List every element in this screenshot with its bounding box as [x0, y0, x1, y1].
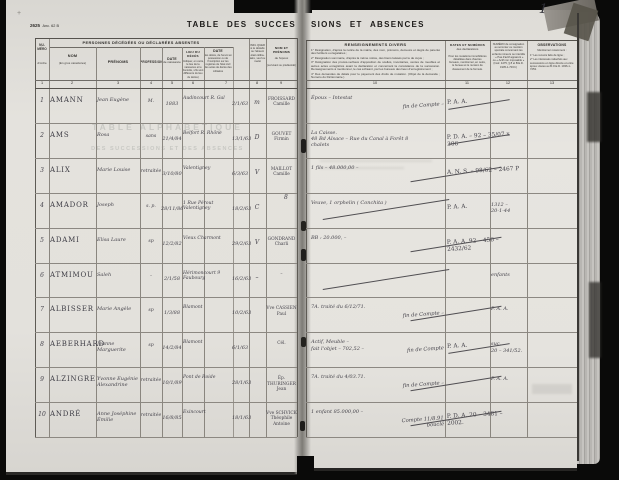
binding-stitch: [300, 421, 305, 431]
cell-etat-civil: V: [249, 169, 265, 176]
header-deces: DATE des décès, de l'envoi en possession…: [204, 49, 232, 73]
hw-line: –: [266, 272, 297, 277]
cell-numero-ordre: 10: [35, 411, 49, 418]
form-number: 2625: [30, 23, 40, 28]
header-section-personnes: PERSONNES DÉCÉDÉES OU DÉCLARÉES ABSENTES: [49, 40, 233, 45]
section-underline: [49, 47, 233, 48]
grid-line-h: [306, 123, 577, 124]
cell-date-deces: 6/3/63: [232, 171, 250, 177]
cell-etat-civil: m: [249, 99, 265, 106]
pencil-cross-mark: +: [17, 10, 21, 17]
cell-prenoms: Yvonne Eugénie Alexandrine: [97, 376, 138, 388]
cell-etat-civil: –: [249, 274, 265, 281]
hw-line: Théophile Antoine: [266, 416, 297, 427]
cell-profession: sp: [140, 308, 162, 313]
cell-date-naissance: 1883: [161, 101, 183, 107]
cell-date-naissance: 16/8/85: [161, 415, 183, 421]
cell-renseignements: La Caisse.48 Bd Alsace – Rue du Canal à …: [311, 130, 423, 149]
cell-date-naissance: 12/2/82: [161, 241, 183, 247]
header-naissance-sub: de naissance: [162, 61, 182, 65]
form-code: 2625 Anc. 62 B: [30, 23, 59, 28]
header-nom-sub: (En gros caractères): [49, 62, 96, 66]
cell-profession: retraitée: [140, 378, 162, 383]
cell-prenoms: Joseph: [97, 202, 138, 208]
column-number: 7: [221, 81, 231, 85]
grid-line-h: [35, 402, 297, 403]
cell-date-naissance: 10/1/89: [161, 380, 183, 386]
grid-line-h: [35, 123, 297, 124]
header-indiquer: INDI- QUER si le décédé ou l'absent étai…: [249, 44, 266, 63]
header-lieu-sub: (Indiquer, en outre, le lieu de la naiss…: [182, 60, 204, 79]
header-naissance: DATE de naissance: [162, 57, 182, 65]
grid-line-h: [306, 437, 577, 438]
cell-prenoms: Elisa Laure: [97, 237, 138, 243]
renseignements-item: 1° Désignation, d'après la notice de la …: [311, 49, 440, 56]
hw-line: 1 fils – 48.000,00 –: [311, 165, 423, 171]
cell-date-deces: 28/1/63: [232, 380, 250, 386]
cell-lieu-deces: Vieux Charmont: [183, 236, 232, 242]
page-block-edge: [577, 12, 600, 464]
observations-item: 1° Les renvois faits de ligne ;: [530, 54, 574, 57]
grid-line-h: [35, 88, 297, 89]
cell-date-naissance: 2/1/58: [161, 276, 183, 282]
cell-lieu-deces: Hérimoncourt 9 Faubourg: [183, 271, 232, 282]
cell-renseignements: 7A. traité du 4/03.71.: [311, 374, 423, 380]
hw-line: Firmin: [266, 137, 297, 142]
hw-line: 7A. traité du 4/03.71.: [311, 374, 423, 380]
header-observations-note: Mentionner notamment :: [527, 49, 577, 52]
header-numero: NU- MÉRO d'ordre: [35, 44, 49, 65]
header-epoux: NOM ET PRÉNOMS de l'époux (survivant ou …: [266, 46, 297, 67]
cell-date-deces: 18/2/63: [232, 206, 250, 212]
cell-prenoms: Jean Eugène: [97, 97, 138, 103]
column-number: 12: [502, 81, 514, 85]
cell-date-deces: 10/2/63: [232, 310, 250, 316]
column-number: 11: [461, 81, 473, 85]
cell-nom: ALZINGRE: [50, 375, 96, 383]
cell-epoux: Vve SCHVICKThéophile Antoine: [266, 411, 297, 427]
grid-line-h: [306, 88, 577, 89]
cell-prenoms: Marie Louise: [97, 167, 138, 173]
cell-date-deces: 18/1/63: [232, 415, 250, 421]
hw-line: 48 Bd Alsace – Rue du Canal à Forêt 8 ch…: [311, 136, 423, 149]
cell-lieu-deces: Blamont: [183, 340, 232, 346]
column-number: 1: [37, 81, 47, 85]
hw-line: 20-1-44: [491, 208, 527, 215]
cell-epoux: FROISSARDCamille: [266, 97, 297, 108]
grid-line-h: [35, 263, 297, 264]
cell-nom: ADAMI: [50, 236, 96, 244]
cell-profession: retraitée: [140, 169, 162, 174]
renseignements-item: 4° Des demandes de délais pour le payeme…: [311, 73, 440, 80]
header-numero-consignation: NUMÉRO de consignation au sommier ou men…: [490, 43, 527, 69]
cell-nom: AEBERHARD: [50, 340, 96, 348]
cell-prenoms: Anne Joséphine Émilie: [97, 411, 138, 423]
grid-line-h: [306, 40, 577, 41]
grid-line-h: [306, 158, 577, 159]
grid-line-v: [527, 40, 528, 437]
column-number: 8: [252, 81, 262, 85]
page-title-left: TABLE DES SUCCES: [180, 20, 296, 32]
hw-line: Charli: [266, 242, 297, 247]
header-renseignements: RENSEIGNEMENTS DIVERS 1° Désignation, d'…: [306, 42, 445, 80]
header-deces-title: DATE: [204, 49, 232, 53]
hw-line: 7A. traité du 6/12/71.: [311, 304, 423, 310]
grid-line-h: [35, 332, 297, 333]
cell-consignation: enfants: [491, 272, 527, 279]
grid-line-v: [249, 38, 250, 437]
cell-epoux: MAILLOTCamille: [266, 167, 297, 178]
grid-line-h: [35, 193, 297, 194]
cell-numero-ordre: 7: [35, 306, 49, 313]
cell-lieu-deces: Exincourt: [183, 410, 232, 416]
grid-line-h: [306, 367, 577, 368]
grid-line-h: [306, 297, 577, 298]
bleed-through-subtitle: DES SUCCESSIONS ET DES ABSENCES: [70, 146, 265, 152]
hw-line: BB : 20.000, –: [311, 235, 423, 241]
grid-line-h: [35, 437, 297, 438]
hw-line: Camille: [266, 102, 297, 107]
cell-numero-ordre: 5: [35, 237, 49, 244]
hw-line: 1 enfant 85.000,00 –: [311, 409, 423, 415]
cell-profession: s. p.: [140, 204, 162, 209]
grid-line-h: [306, 402, 577, 403]
cell-etat-civil: V: [249, 239, 265, 246]
cell-prenoms: Saleh: [97, 272, 138, 278]
hw-line: Camille: [266, 172, 297, 177]
header-nom-title: NOM: [49, 54, 96, 58]
grid-line-h: [35, 38, 297, 39]
grid-line-v: [445, 40, 446, 437]
cell-consignation: 1312 –20-1-44: [491, 202, 527, 215]
cell-epoux: Ép. THURINGER Jean: [266, 376, 297, 392]
cell-date-naissance: 28/11/86: [161, 206, 183, 212]
header-dates-note: Pour les mutations immobilières détaillé…: [448, 55, 487, 71]
cell-nom: ALBISSER: [50, 305, 96, 313]
cell-renseignements: BB : 20.000, –: [311, 235, 423, 241]
cell-prenoms: Jeanne Marguerite: [97, 341, 138, 353]
header-lieu-title: LIEU DU DÉCÈS: [182, 50, 204, 58]
header-renseignements-title: RENSEIGNEMENTS DIVERS: [306, 42, 445, 47]
column-number: 3: [113, 81, 123, 85]
cell-date-deces: 16/2/63: [232, 276, 250, 282]
header-numero-sub: d'ordre: [35, 62, 49, 66]
cell-renseignements: 1 enfant 85.000,00 –: [311, 409, 423, 415]
cell-lieu-deces: Pont de Roide: [183, 375, 232, 381]
cell-date-deces: 6/1/63: [232, 345, 250, 351]
grid-line-h: [306, 193, 577, 194]
cell-nom: ALIX: [50, 166, 96, 174]
hw-line: enfants: [491, 272, 527, 279]
header-lieu: LIEU DU DÉCÈS (Indiquer, en outre, le li…: [182, 50, 204, 79]
grid-line-v: [306, 40, 307, 437]
grid-line-h: [35, 297, 297, 298]
header-prenoms: PRÉNOMS: [96, 60, 140, 64]
cell-nom: ANDRÉ: [50, 410, 96, 418]
bleed-smudge: [532, 384, 572, 394]
header-dates-sub: des déclarations: [445, 48, 490, 52]
cell-lieu-deces: Blamont: [183, 305, 232, 311]
cell-epoux: GONDRANDCharli: [266, 237, 297, 248]
column-number: 2: [67, 81, 77, 85]
hw-line: Cél.: [266, 341, 297, 346]
hw-line: Ép. THURINGER Jean: [266, 376, 297, 392]
grid-line-h: [306, 332, 577, 333]
cell-profession: retraitée: [140, 413, 162, 418]
page-number: 1: [538, 2, 548, 18]
cell-renseignements: 7A. traité du 6/12/71.: [311, 304, 423, 310]
cell-lieu-deces: Audincourt R. Gal: [183, 96, 232, 102]
cell-numero-ordre: 6: [35, 272, 49, 279]
cell-profession: sp: [140, 239, 162, 244]
cell-epoux: Vve CASSIEN Paul: [266, 306, 297, 317]
cell-profession: sans: [140, 134, 162, 139]
cell-lieu-deces: Valentigney: [183, 166, 232, 172]
edge-stain: [587, 92, 601, 142]
cell-epoux-mark: 8: [284, 194, 288, 201]
grid-line-h: [35, 228, 297, 229]
grid-line-h: [306, 80, 577, 81]
cell-nom: ATMIMOU: [50, 271, 96, 279]
cell-lieu-deces: 1 Rue Pérout Valentigney: [183, 201, 232, 212]
cell-profession: –: [140, 274, 162, 279]
header-epoux-sub1: de l'époux: [266, 57, 297, 61]
header-observations-title: OBSERVATIONS: [527, 43, 577, 47]
cell-nom: AMANN: [50, 96, 96, 104]
cell-epoux: –: [266, 272, 297, 277]
cell-date-naissance: 1/3/88: [161, 310, 183, 316]
cell-date-deces: 29/2/63: [232, 241, 250, 247]
cell-prenoms: Rosa: [97, 132, 138, 138]
header-numero-title: NU- MÉRO: [35, 44, 49, 52]
header-profession: PROFESSION: [140, 60, 162, 64]
cell-date-naissance: 21/4/84: [161, 136, 183, 142]
cell-numero-ordre: 8: [35, 341, 49, 348]
cell-epoux: Cél.: [266, 341, 297, 346]
cell-date-naissance: 3/10/80: [161, 171, 183, 177]
column-number: 10: [369, 81, 381, 85]
grid-line-h: [306, 263, 577, 264]
cell-prenoms: Marie Angèle: [97, 306, 138, 312]
observations-item: 2° Les intéressés rattachés aux successi…: [530, 58, 574, 71]
form-ref: Anc. 62 B: [43, 24, 59, 28]
cell-numero-ordre: 4: [35, 202, 49, 209]
cell-etat-civil: C: [249, 204, 265, 211]
header-dates-numeros: DATES ET NUMÉROS des déclarations Pour l…: [445, 43, 490, 71]
cell-numero-ordre: 2: [35, 132, 49, 139]
header-epoux-sub2: (survivant ou prédécédé): [266, 64, 297, 67]
hw-line: Vve CASSIEN Paul: [266, 306, 297, 317]
cell-profession: sp: [140, 343, 162, 348]
gutter-bottom-notch: [297, 456, 314, 480]
cell-date-deces: 13/1/63: [232, 136, 250, 142]
cell-nom: AMS: [50, 131, 96, 139]
cell-numero-ordre: 1: [35, 97, 49, 104]
column-number: 5: [167, 81, 177, 85]
bleed-smudge: [320, 160, 432, 162]
grid-line-v: [297, 38, 298, 437]
grid-line-h: [306, 228, 577, 229]
cell-etat-civil: D: [249, 134, 265, 141]
header-nom: NOM (En gros caractères): [49, 54, 96, 66]
cell-profession: M.: [140, 99, 162, 104]
cell-renseignements: 1 fils – 48.000,00 –: [311, 165, 423, 171]
cell-date-naissance: 14/2/84: [161, 345, 183, 351]
grid-line-h: [35, 158, 297, 159]
cell-lieu-deces: Belfort R. Rhône: [183, 131, 232, 137]
grid-line-h: [35, 367, 297, 368]
scanned-register-page: + 2625 Anc. 62 B 1 TABLE DES SUCCES SION…: [0, 0, 619, 480]
renseignements-item: 3° Désignation des procès-verbaux d'appo…: [311, 61, 440, 71]
cell-date-deces: 2/1/63: [232, 101, 250, 107]
column-number: 9: [276, 81, 286, 85]
cell-epoux: GOUVETFirmin: [266, 132, 297, 143]
header-deces-sub: des décès, de l'envoi en possession ou d…: [204, 54, 232, 73]
page-edge-rule: [577, 13, 579, 461]
cell-numero-ordre: 9: [35, 376, 49, 383]
cell-nom: AMADOR: [50, 201, 96, 209]
header-observations: OBSERVATIONS Mentionner notamment : 1° L…: [527, 43, 577, 71]
hw-line: Époux – Intestat: [311, 95, 423, 101]
column-number: 13: [546, 81, 558, 85]
hw-line: 20 – 341/52.: [491, 348, 527, 355]
page-title-right: SIONS ET ABSENCES: [311, 20, 441, 32]
cell-renseignements: Époux – Intestat: [311, 95, 423, 101]
column-number: 6: [188, 81, 198, 85]
column-number: 4: [146, 81, 156, 85]
cell-numero-ordre: 3: [35, 167, 49, 174]
edge-stain: [589, 282, 601, 358]
header-epoux-title: NOM ET PRÉNOMS: [266, 46, 297, 54]
